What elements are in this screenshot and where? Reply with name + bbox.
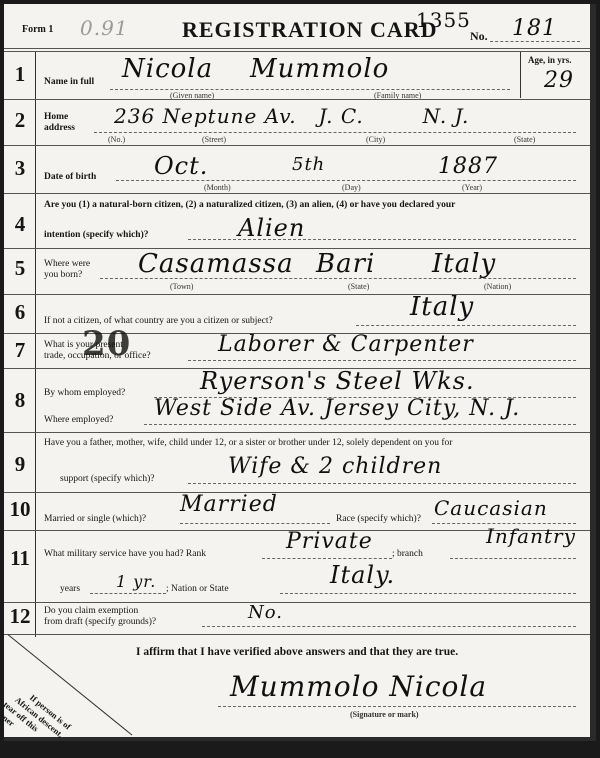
no-label: No.	[470, 29, 488, 44]
race-value: Caucasian	[434, 496, 548, 520]
dependents-value: Wife & 2 children	[228, 454, 442, 479]
military-rank-value: Private	[286, 529, 373, 554]
exemption-value: No.	[248, 602, 283, 623]
card-title: REGISTRATION CARD	[182, 17, 438, 43]
registration-card: Form 1 0.91 REGISTRATION CARD 1355 No. 1…	[4, 4, 596, 741]
pencil-note: 0.91	[80, 16, 129, 40]
row-number: 4	[6, 212, 34, 237]
age-value: 29	[544, 68, 574, 93]
given-name-value: Nicola	[122, 54, 213, 84]
affirmation-text: I affirm that I have verified above answ…	[136, 646, 458, 658]
birth-town-value: Casamassa	[138, 249, 294, 279]
row-number: 2	[6, 108, 34, 133]
tear-off-note: If person is of African descent, tear of…	[0, 676, 73, 741]
employment-location-value: West Side Av. Jersey City, N. J.	[154, 396, 520, 421]
birth-nation-value: Italy	[432, 249, 496, 279]
row-number: 7	[6, 338, 34, 363]
row-number: 9	[6, 452, 34, 477]
row-number: 5	[6, 256, 34, 281]
row-number: 11	[6, 546, 34, 571]
birth-state-value: Bari	[316, 249, 375, 279]
birth-year-value: 1887	[438, 154, 498, 179]
marital-status-value: Married	[180, 492, 278, 517]
home-address-value: 236 Neptune Av. J. C. N. J.	[114, 104, 469, 128]
serial-number: 1355	[416, 8, 471, 32]
row-number: 6	[6, 300, 34, 325]
row-number: 1	[6, 62, 34, 87]
signature-label: (Signature or mark)	[350, 710, 419, 719]
card-number: 181	[512, 16, 557, 41]
employer-value: Ryerson's Steel Wks.	[200, 367, 475, 395]
family-name-value: Mummolo	[250, 54, 389, 84]
military-nation-value: Italy.	[330, 561, 395, 589]
row-number: 10	[6, 497, 34, 522]
occupation-value: Laborer & Carpenter	[218, 332, 474, 357]
birth-day-value: 5th	[292, 154, 325, 175]
overwrite-number: 20	[82, 324, 131, 364]
form-label: Form 1	[22, 24, 53, 35]
birth-month-value: Oct.	[154, 152, 208, 180]
citizenship-value: Alien	[238, 214, 305, 242]
military-branch-value: Infantry	[486, 524, 576, 548]
row-number: 3	[6, 156, 34, 181]
military-years-value: 1 yr.	[116, 572, 156, 591]
name-label: Name in full	[44, 77, 94, 87]
signature: Mummolo Nicola	[230, 670, 487, 703]
row-number: 8	[6, 388, 34, 413]
age-label: Age, in yrs.	[528, 55, 572, 65]
citizen-of-value: Italy	[410, 292, 474, 322]
row-number: 12	[6, 604, 34, 629]
